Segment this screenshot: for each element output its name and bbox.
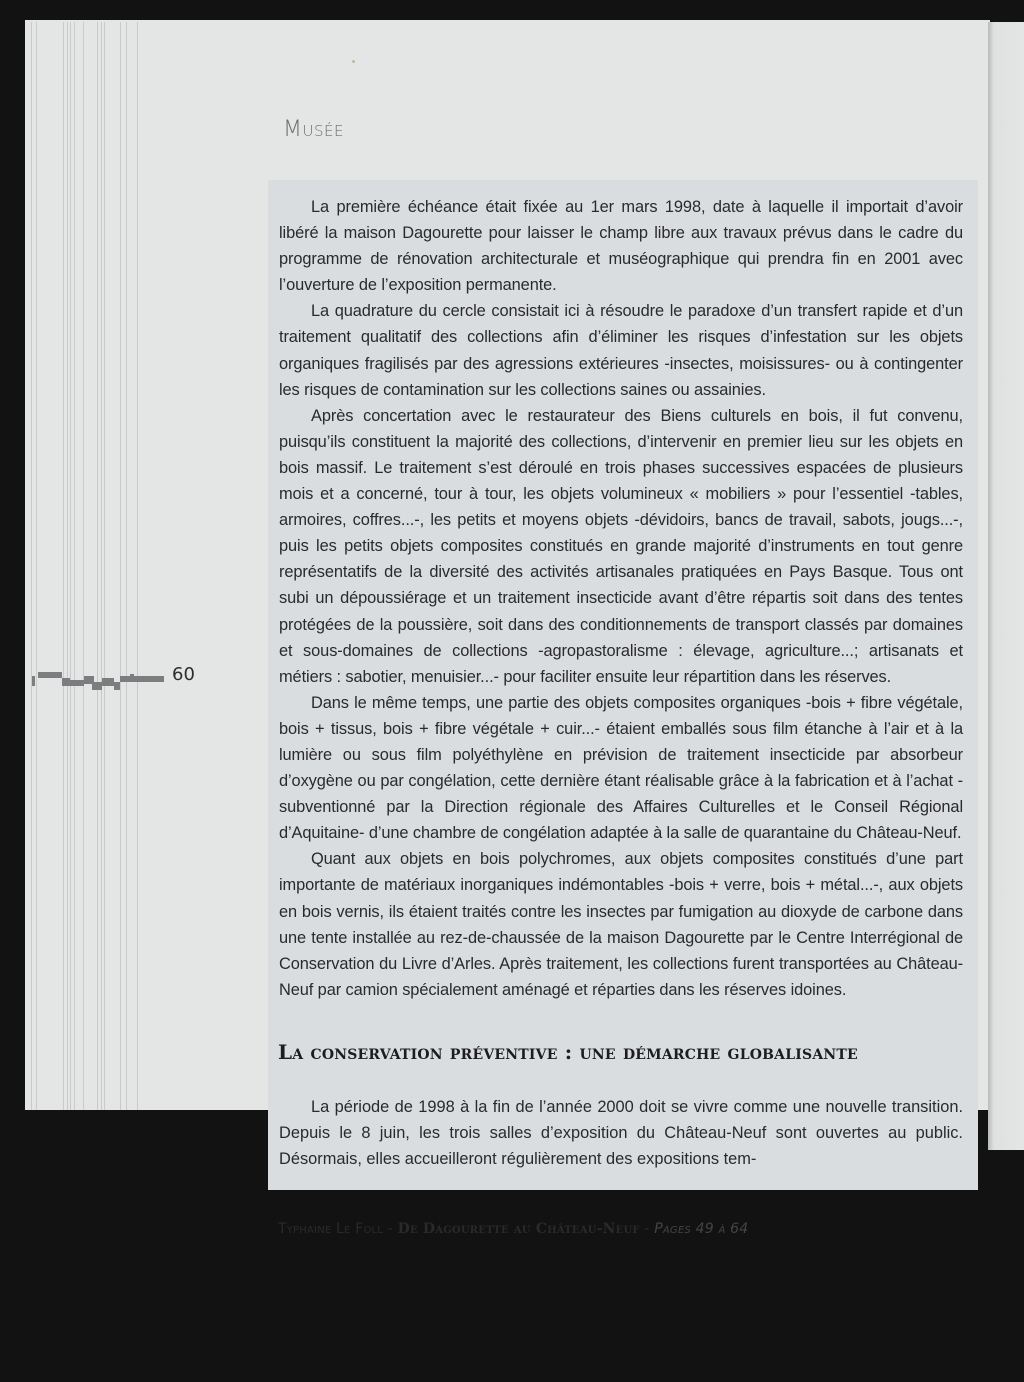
footer-separator: - <box>383 1221 398 1237</box>
paragraph: La première échéance était fixée au 1er … <box>279 194 963 298</box>
article-body: La première échéance était fixée au 1er … <box>279 194 963 1003</box>
paragraph: Quant aux objets en bois polychromes, au… <box>279 846 963 1003</box>
thumb-index-marks <box>32 670 164 692</box>
book-gutter <box>988 22 1024 1150</box>
page-footer: Typhaine Le Foll - De Dagourette au Chât… <box>278 1221 748 1237</box>
footer-article-title: De Dagourette au Château-Neuf <box>398 1221 640 1237</box>
paragraph: Après concertation avec le restaurateur … <box>279 403 963 690</box>
dust-speck <box>352 60 355 63</box>
footer-separator: - <box>640 1221 655 1237</box>
paragraph: La quadrature du cercle consistait ici à… <box>279 298 963 402</box>
section-heading: La conservation préventive : une démarch… <box>278 1040 878 1064</box>
section-body: La période de 1998 à la fin de l’année 2… <box>279 1094 963 1172</box>
paragraph: La période de 1998 à la fin de l’année 2… <box>279 1094 963 1172</box>
footer-author: Typhaine Le Foll <box>278 1221 383 1237</box>
footer-page-range: Pages 49 à 64 <box>654 1221 748 1237</box>
paragraph: Dans le même temps, une partie des objet… <box>279 690 963 847</box>
page-number: 60 <box>172 664 195 685</box>
running-head: Musée <box>283 117 344 142</box>
page-edges <box>25 22 140 1110</box>
